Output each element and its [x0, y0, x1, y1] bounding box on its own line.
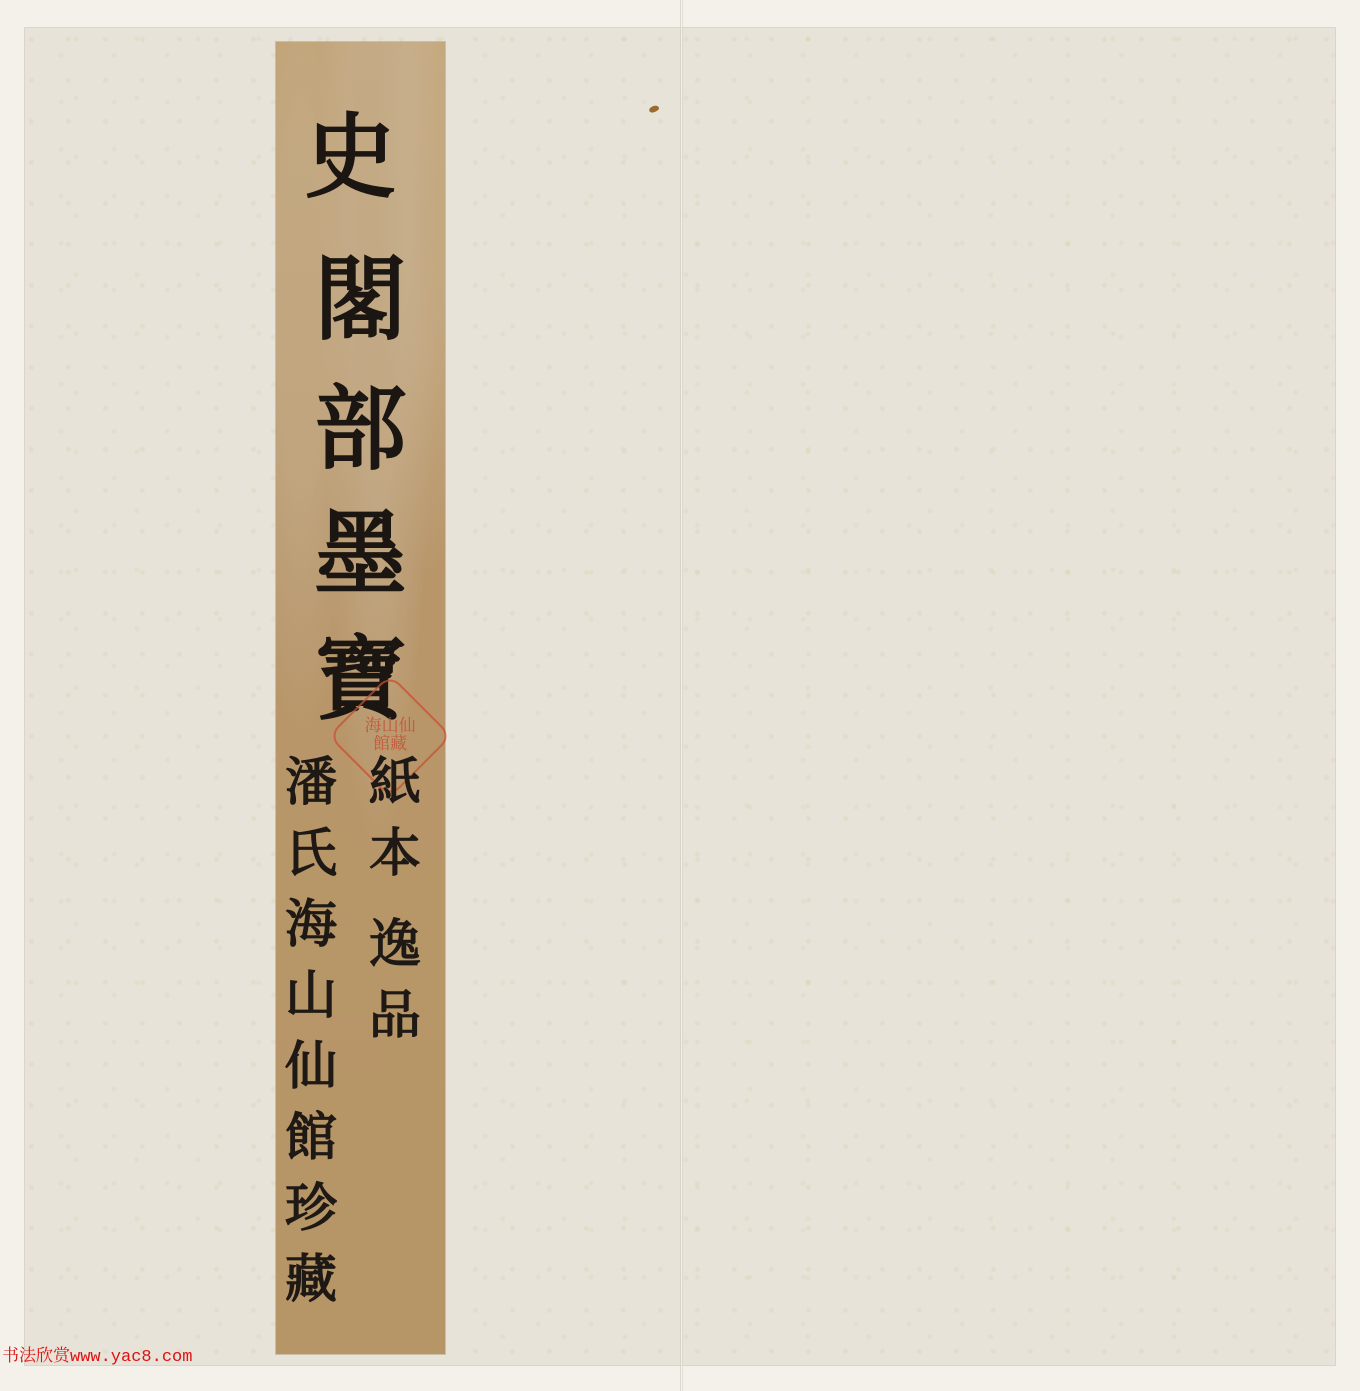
main-title-column: 史 閣 部 墨 寶 [276, 97, 445, 739]
album-center-fold [680, 0, 683, 1391]
inscription-char: 山 [276, 960, 346, 1031]
title-char: 史 [266, 97, 435, 217]
inscription-char: 逸 [360, 909, 430, 980]
watermark-label: 书法欣赏 [2, 1346, 70, 1366]
inscription-char: 珍 [276, 1173, 346, 1244]
inscription-char: 藏 [276, 1244, 346, 1315]
inscription-char: 海 [276, 889, 346, 960]
inscription-char: 館 [276, 1102, 346, 1173]
inscription-char: 紙 [360, 747, 430, 818]
watermark-url: www.yac8.com [70, 1348, 192, 1367]
title-char: 墨 [276, 494, 445, 614]
title-char: 閣 [276, 239, 445, 359]
right-inscription-column: 紙 本 逸 品 [360, 747, 430, 1051]
inscription-char: 仙 [276, 1031, 346, 1102]
left-inscription-column: 潘 氏 海 山 仙 館 珍 藏 [276, 747, 346, 1315]
title-char: 部 [276, 369, 445, 489]
inscription-char: 本 [360, 818, 430, 889]
inscription-char: 氏 [276, 818, 346, 889]
inscription-char: 潘 [276, 747, 346, 818]
title-strip: 史 閣 部 墨 寶 海山仙館藏 紙 本 逸 品 潘 氏 海 山 仙 館 珍 藏 [276, 42, 445, 1354]
inscription-char: 品 [360, 980, 430, 1051]
site-watermark: 书法欣赏www.yac8.com [2, 1346, 192, 1368]
